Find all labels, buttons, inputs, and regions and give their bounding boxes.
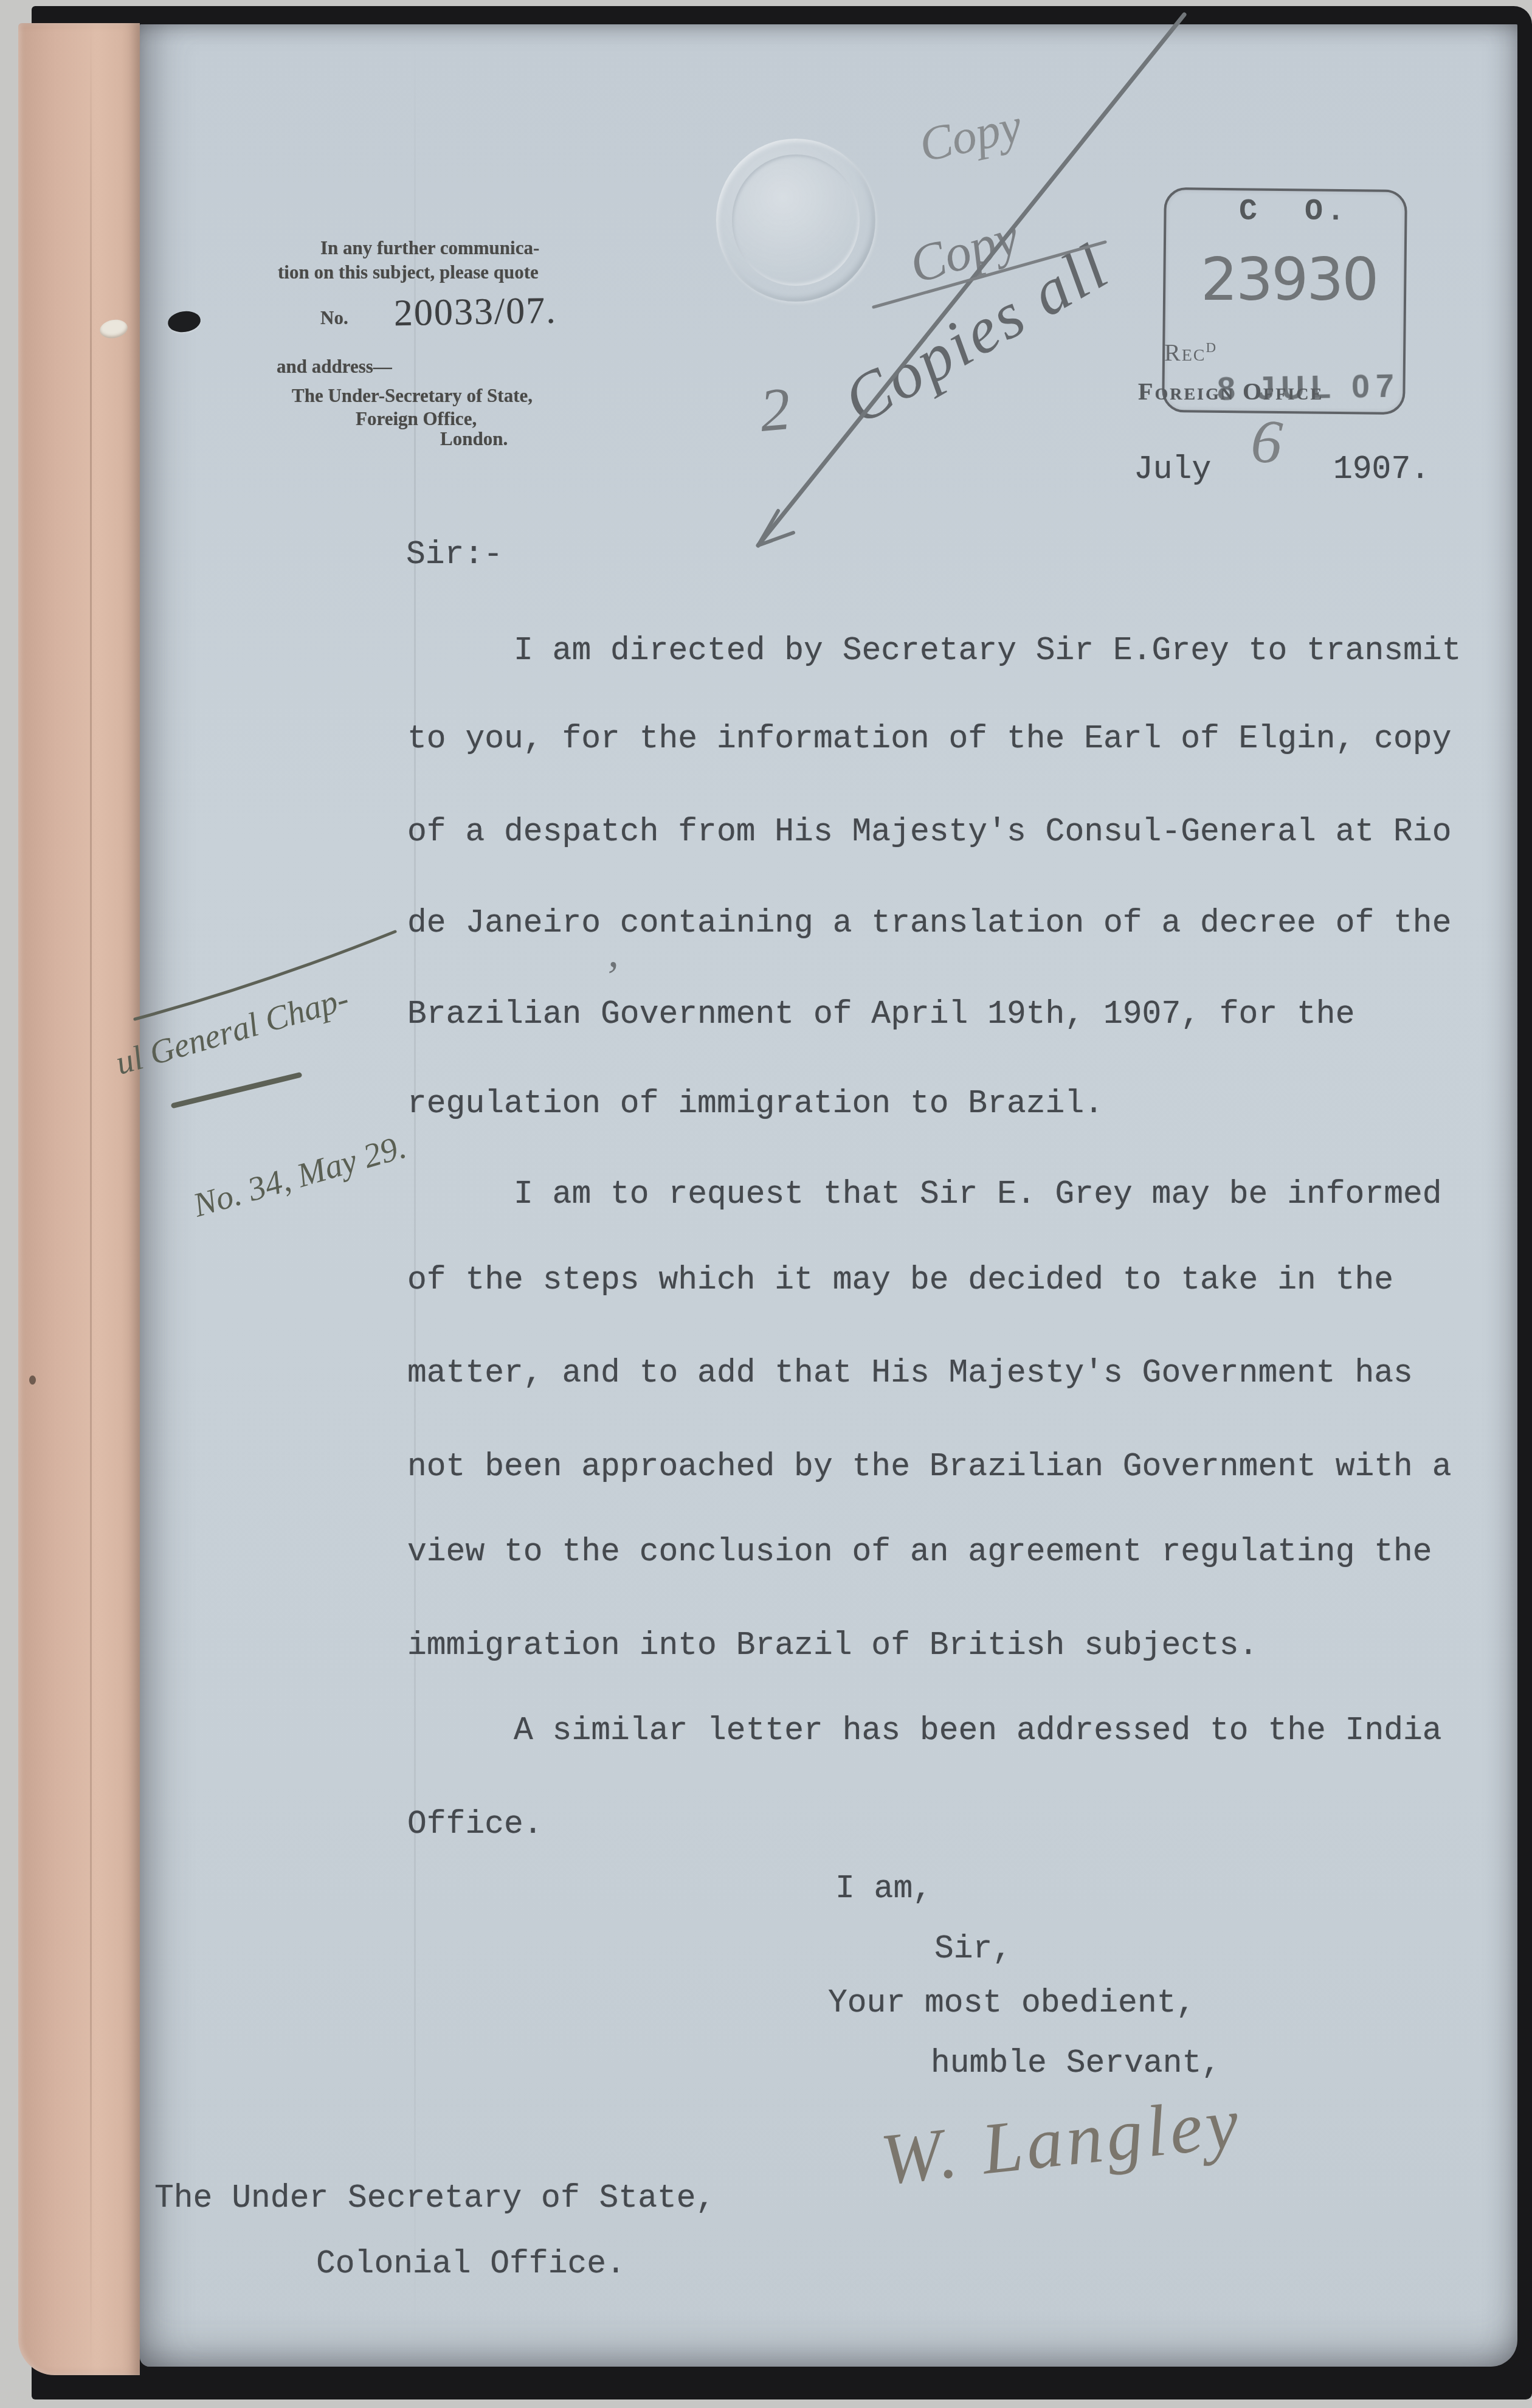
closing-line: Your most obedient,: [828, 1985, 1195, 2021]
stamp-registry-number: 23930: [1201, 246, 1377, 314]
body-line: view to the conclusion of an agreement r…: [407, 1534, 1432, 1570]
body-line: I am to request that Sir E. Grey may be …: [514, 1176, 1442, 1213]
letterhead-address-line3: London.: [440, 428, 508, 450]
scanned-letter-page: In any further communica- tion on this s…: [0, 0, 1532, 2408]
date-year: 1907.: [1333, 451, 1430, 488]
body-line: to you, for the information of the Earl …: [407, 721, 1451, 757]
embossed-seal: [716, 139, 875, 302]
body-line: immigration into Brazil of British subje…: [407, 1627, 1258, 1664]
margin-filing-note-line2: No. 34, May 29.: [187, 1121, 413, 1232]
letterhead-address-line1: The Under-Secretary of State,: [292, 385, 533, 407]
book-page-edge: [18, 23, 140, 2375]
pencil-number-2: 2: [757, 373, 793, 446]
date-month: July: [1134, 451, 1211, 488]
body-line: Brazilian Government of April 19th, 1907…: [407, 996, 1354, 1033]
date-day-handwritten: 6: [1249, 405, 1285, 478]
body-line: not been approached by the Brazilian Gov…: [407, 1448, 1451, 1485]
body-line: de Janeiro containing a translation of a…: [407, 905, 1451, 941]
paper-speck: [29, 1375, 36, 1385]
body-line: of the steps which it may be decided to …: [407, 1262, 1393, 1298]
letterhead-address-note: and address—: [277, 356, 392, 378]
letterhead-quote-note-line2: tion on this subject, please quote: [278, 261, 539, 283]
salutation: Sir:-: [406, 536, 503, 573]
body-line: Office.: [407, 1806, 543, 1842]
stamp-received-sup: d: [1206, 334, 1217, 357]
stamp-received-label: Recd: [1164, 334, 1217, 367]
body-line: of a despatch from His Majesty's Consul-…: [407, 814, 1451, 850]
letterhead-file-number: 20033/07.: [393, 289, 557, 336]
letterhead-no-label: No.: [320, 307, 348, 329]
stamp-department-name: Foreign Office: [1138, 377, 1323, 406]
closing-line: humble Servant,: [931, 2045, 1221, 2081]
closing-line: I am,: [835, 1870, 932, 1907]
letterhead-address-line2: Foreign Office,: [356, 408, 477, 430]
body-line: regulation of immigration to Brazil.: [407, 1085, 1103, 1122]
closing-line: Sir,: [934, 1931, 1012, 1967]
margin-filing-note-line1: ul General Chap-: [109, 969, 369, 1090]
stamp-office-initials: C O.: [1239, 195, 1348, 229]
letterhead-quote-note-line1: In any further communica-: [320, 237, 539, 259]
recipient-line1: The Under Secretary of State,: [154, 2180, 715, 2216]
recipient-line2: Colonial Office.: [316, 2246, 626, 2282]
body-line: matter, and to add that His Majesty's Go…: [407, 1355, 1413, 1391]
body-line: I am directed by Secretary Sir E.Grey to…: [514, 632, 1461, 669]
body-line: A similar letter has been addressed to t…: [514, 1712, 1442, 1749]
